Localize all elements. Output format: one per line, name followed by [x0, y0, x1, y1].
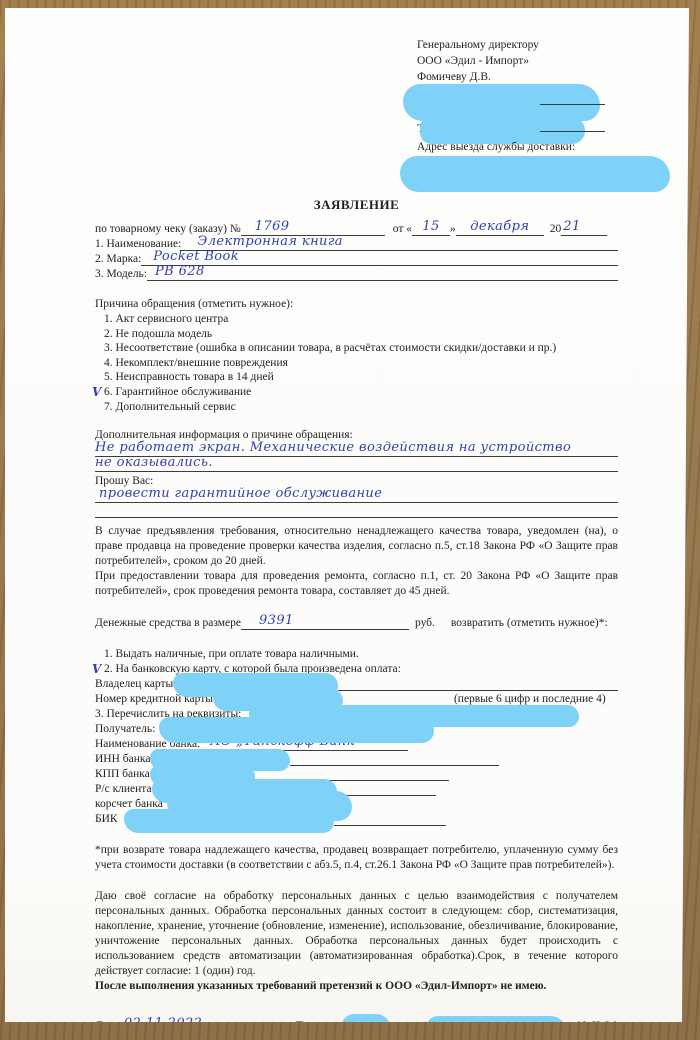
order-day: 15: [422, 219, 439, 234]
blank-line: [566, 1032, 576, 1033]
money-rub: руб.: [415, 616, 435, 631]
redaction-blob-fio: [426, 1016, 566, 1040]
additional-info-text-1: Не работает экран. Механические воздейст…: [95, 440, 571, 455]
recipient-label: Получатель:: [95, 722, 155, 737]
handwritten-checkmark: V: [92, 385, 101, 400]
reason-item-1: 1. Акт сервисного центра: [95, 312, 618, 327]
blank-line: [334, 825, 446, 826]
product-model-value: РВ 628: [155, 264, 205, 279]
document-content: Генеральному директору ООО «Эдил - Импор…: [5, 8, 689, 1034]
photo-of-document: { "header": { "line1": "Генеральному дир…: [0, 0, 700, 1040]
date-year-suffix: г.: [211, 1019, 217, 1034]
recipient-header: Генеральному директору ООО «Эдил - Импор…: [95, 38, 618, 190]
product-brand-value: Pocket Book: [153, 249, 239, 264]
reason-item-4: 4. Некомплект/внешние повреждения: [95, 356, 618, 371]
blank-line: [95, 517, 618, 518]
blank-line: [540, 131, 605, 132]
order-day-field: 15: [412, 220, 450, 236]
signature-row: Дата 02.11.2022 г. Подпись / (Ф.И.О.): [95, 1016, 618, 1034]
product-model-field: РВ 628: [147, 265, 618, 281]
date-value: 02.11.2022: [124, 1016, 202, 1031]
blank-line: не оказывались.: [95, 456, 618, 472]
product-model-label: 3. Модель:: [95, 267, 147, 282]
form-title: ЗАЯВЛЕНИЕ: [95, 197, 618, 212]
product-name-field: Электронная книга: [181, 235, 618, 251]
redaction-blob-signature: [341, 1014, 390, 1040]
redaction-blob-address: [400, 156, 670, 192]
handwritten-checkmark: V: [92, 662, 101, 677]
money-amount-field: 9391: [241, 614, 409, 630]
blank-line: [540, 104, 605, 105]
order-year-field: 21: [561, 220, 607, 236]
reason-item-6: V 6. Гарантийное обслуживание: [95, 385, 618, 400]
money-row: Денежные средства в размере 9391 руб. во…: [95, 616, 618, 631]
product-model-row: 3. Модель: РВ 628: [95, 267, 618, 282]
request-field: провести гарантийное обслуживание: [95, 487, 618, 503]
refund-option-1: 1. Выдать наличные, при оплате товара на…: [95, 647, 618, 662]
fio-label: (Ф.И.О.): [576, 1019, 618, 1034]
recipient-person: Фомичеву Д.В.: [417, 70, 491, 85]
refund-option-2: V 2. На банковскую карту, с которой была…: [95, 662, 618, 677]
reason-item-2: 2. Не подошла модель: [95, 327, 618, 342]
consent-paragraph: Даю своё согласие на обработку персональ…: [95, 889, 618, 979]
bank-inn-label: ИНН банка: [95, 752, 150, 767]
order-month: декабря: [470, 219, 529, 234]
legal-paragraph-1: В случае предъявления требования, относи…: [95, 524, 618, 569]
bank-kpp-label: КПП банка: [95, 767, 150, 782]
consent-bold-line: После выполнения указанных требований пр…: [95, 979, 618, 994]
bank-bik-row: БИК: [95, 812, 618, 827]
blank-line: [391, 1032, 423, 1033]
date-label: Дата: [95, 1019, 118, 1034]
reason-item-3: 3. Несоответствие (ошибка в описании тов…: [95, 341, 618, 356]
signature-slash: /: [423, 1019, 426, 1034]
redaction-blob-bik: [124, 809, 334, 833]
request-line: провести гарантийное обслуживание: [95, 489, 618, 504]
legal-paragraph-2: При предоставлении товара для проведения…: [95, 569, 618, 599]
money-return-label: возвратить (отметить нужное)*:: [451, 616, 608, 631]
card-owner-row: Владелец карты: [95, 677, 618, 692]
redaction-blob-recipient: [159, 717, 434, 743]
blank-line: [337, 795, 436, 796]
additional-info-line-2: не оказывались.: [95, 458, 618, 473]
empty-blank-line: [95, 504, 618, 519]
bank-rs-label: Р/с клиента: [95, 782, 152, 797]
order-number: 1769: [255, 219, 290, 234]
request-text: провести гарантийное обслуживание: [99, 486, 382, 501]
additional-info-text-2: не оказывались.: [95, 455, 213, 470]
paper-sheet: Генеральному директору ООО «Эдил - Импор…: [5, 8, 689, 1022]
delivery-address-label: Адрес выезда службы доставки:: [417, 140, 575, 155]
money-label: Денежные средства в размере: [95, 616, 241, 631]
blank-line: [338, 690, 618, 691]
card-owner-label: Владелец карты: [95, 677, 173, 692]
return-note: *при возврате товара надлежащего качеств…: [95, 843, 618, 873]
reason-item-5: 5. Неисправность товара в 14 дней: [95, 370, 618, 385]
recipient-company: ООО «Эдил - Импорт»: [417, 54, 529, 69]
blank-line: [290, 765, 499, 766]
reason-item-7: 7. Дополнительный сервис: [95, 400, 618, 415]
order-month-field: декабря: [456, 220, 544, 236]
signature-label: Подпись: [295, 1019, 337, 1034]
order-year: 21: [563, 219, 580, 234]
product-name-value: Электронная книга: [197, 234, 343, 249]
reason-item-6-text: 6. Гарантийное обслуживание: [104, 386, 251, 398]
reason-heading: Причина обращения (отметить нужное):: [95, 297, 618, 312]
money-amount: 9391: [259, 613, 294, 628]
recipient-line: Генеральному директору: [417, 38, 539, 53]
product-brand-label: 2. Марка:: [95, 252, 141, 267]
date-field: 02.11.2022: [118, 1017, 207, 1033]
product-brand-field: Pocket Book: [141, 250, 618, 266]
bank-bik-label: БИК: [95, 812, 118, 827]
